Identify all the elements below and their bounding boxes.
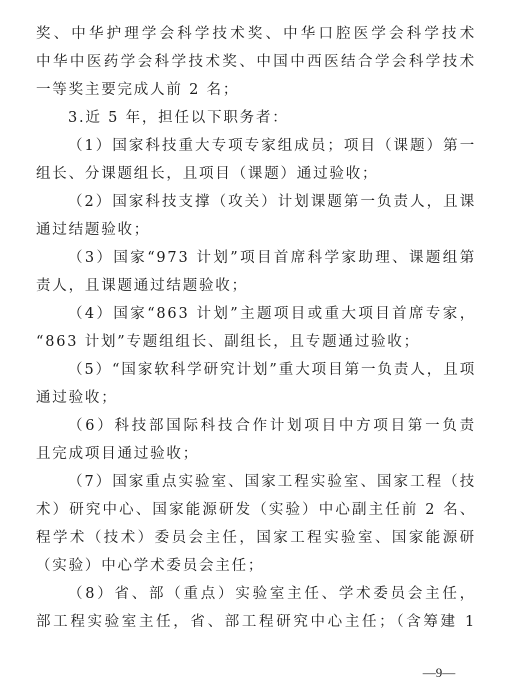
text-line: 部工程实验室主任，省、部工程研究中心主任；（含筹建 1 年 — [36, 608, 476, 636]
text-line: “863 计划”专题组组长、副组长，且专题通过验收； — [36, 328, 476, 356]
list-item-4-line: （4）国家“863 计划”主题项目或重大项目首席专家，国家 — [36, 300, 476, 328]
text-line: 中华中医药学会科学技术奖、中国中西医结合学会科学技术奖 — [36, 48, 476, 76]
document-page: 奖、中华护理学会科学技术奖、中华口腔医学会科学技术奖、 中华中医药学会科学技术奖… — [0, 0, 509, 693]
list-item-7-line: （7）国家重点实验室、国家工程实验室、国家工程（技 — [36, 468, 476, 496]
list-item-8-line: （8）省、部（重点）实验室主任、学术委员会主任，省、 — [36, 580, 476, 608]
list-item-5-line: （5）“国家软科学研究计划”重大项目第一负责人，且项目 — [36, 356, 476, 384]
text-line: 一等奖主要完成人前 2 名； — [36, 76, 476, 104]
list-item-2-line: （2）国家科技支撑（攻关）计划课题第一负责人，且课题 — [36, 188, 476, 216]
text-line: 组长、分课题组长，且项目（课题）通过验收； — [36, 160, 476, 188]
text-line: 通过结题验收； — [36, 216, 476, 244]
list-item-6-line: （6）科技部国际科技合作计划项目中方项目第一负责人， — [36, 412, 476, 440]
list-item-1-line: （1）国家科技重大专项专家组成员；项目（课题）第一副 — [36, 132, 476, 160]
text-line: 责人，且课题通过结题验收； — [36, 272, 476, 300]
text-line: 且完成项目通过验收； — [36, 440, 476, 468]
text-line: 术）研究中心、国家能源研发（实验）中心副主任前 2 名、工 — [36, 496, 476, 524]
text-line: 程学术（技术）委员会主任，国家工程实验室、国家能源研发 — [36, 524, 476, 552]
list-item-3-line: （3）国家“973 计划”项目首席科学家助理、课题组第一负 — [36, 244, 476, 272]
document-body: 奖、中华护理学会科学技术奖、中华口腔医学会科学技术奖、 中华中医药学会科学技术奖… — [36, 20, 476, 636]
text-line: （实验）中心学术委员会主任； — [36, 552, 476, 580]
text-line: 奖、中华护理学会科学技术奖、中华口腔医学会科学技术奖、 — [36, 20, 476, 48]
section-heading: 3.近 5 年，担任以下职务者： — [36, 104, 476, 132]
text-line: 通过验收； — [36, 384, 476, 412]
page-number: —9— — [421, 663, 457, 683]
